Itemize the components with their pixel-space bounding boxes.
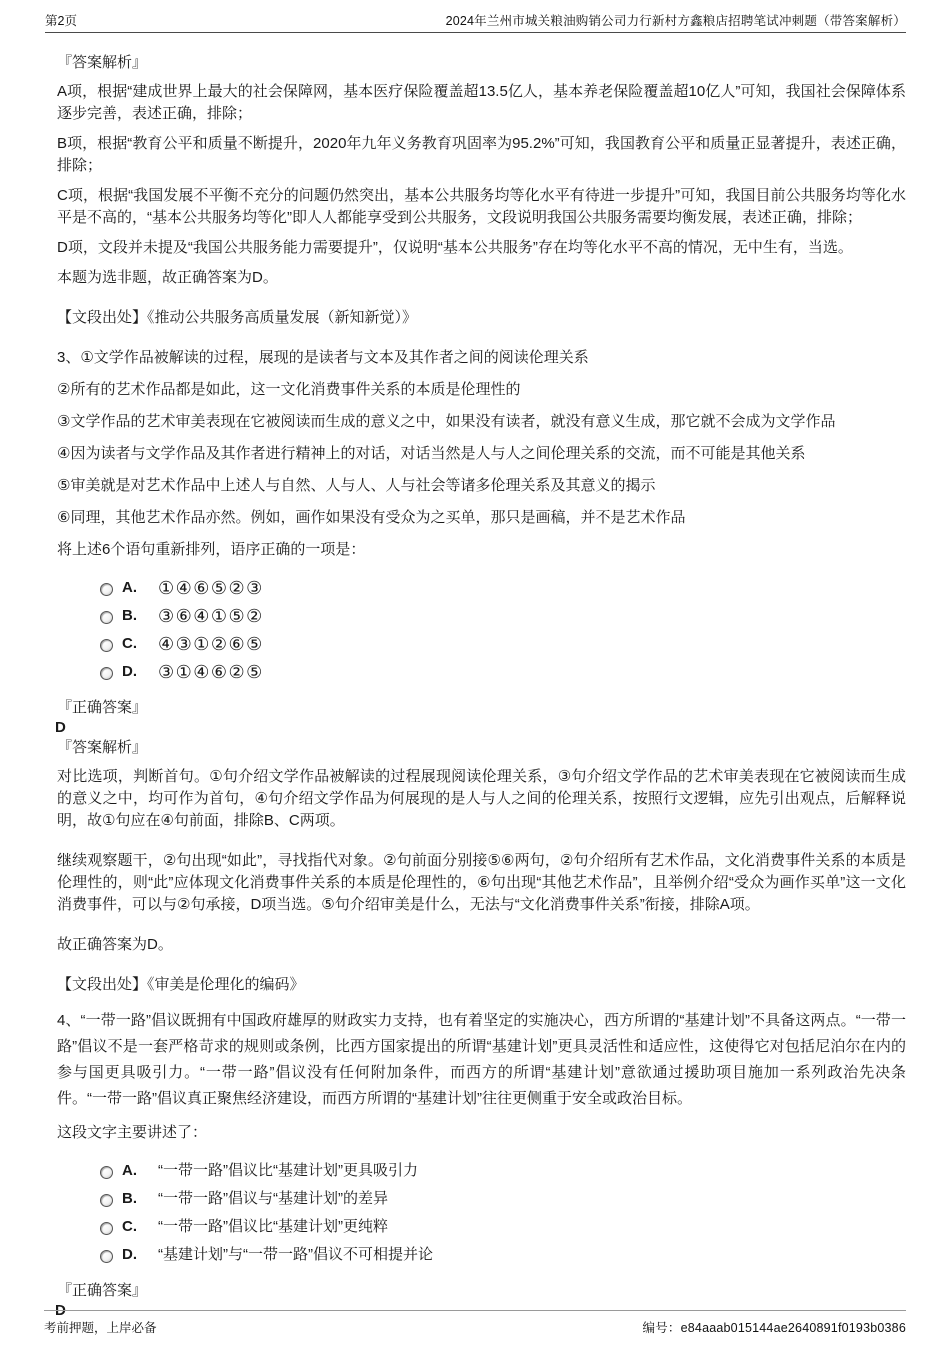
radio-button[interactable] [100,611,113,624]
q3-analysis-paragraph-1: 对比选项，判断首句。①句介绍文学作品被解读的过程展现阅读伦理关系，③句介绍文学作… [57,766,906,832]
q3-analysis-paragraph-2: 继续观察题干，②句出现“如此”，寻找指代对象。②句前面分别接⑤⑥两句，②句介绍所… [57,850,906,916]
option-text: “基建计划”与“一带一路”倡议不可相提并论 [158,1244,433,1266]
option-letter: D. [122,1244,149,1266]
footer-serial-value: e84aaab015144ae2640891f0193b0386 [681,1321,906,1335]
page-header: 第2页 2024年兰州市城关粮油购销公司力行新村方鑫粮店招聘笔试冲刺题（带答案解… [45,0,906,33]
q3-answer-value: D [55,718,906,738]
footer-slogan: 考前押题，上岸必备 [44,1318,157,1336]
q3-option-d[interactable]: D. ③①④⑥②⑤ [57,661,906,683]
q2-analysis-label: 『答案解析』 [57,53,906,73]
q2-analysis-paragraph-b: B项，根据“教育公平和质量不断提升，2020年九年义务教育巩固率为95.2%”可… [57,133,906,177]
q3-answer-label: 『正确答案』 [57,698,906,718]
q2-source-line: 【文段出处】《推动公共服务高质量发展（新知新觉）》 [57,307,906,329]
document-title: 2024年兰州市城关粮油购销公司力行新村方鑫粮店招聘笔试冲刺题（带答案解析） [446,11,906,29]
radio-button[interactable] [100,639,113,652]
q2-analysis-paragraph-c: C项，根据“我国发展不平衡不充分的问题仍然突出，基本公共服务均等化水平有待进一步… [57,185,906,229]
q4-option-b[interactable]: B. “一带一路”倡议与“基建计划”的差异 [57,1188,906,1210]
radio-button[interactable] [100,583,113,596]
q3-option-b[interactable]: B. ③⑥④①⑤② [57,605,906,627]
q3-statement-6: ⑥同理，其他艺术作品亦然。例如，画作如果没有受众为之买单，那只是画稿，并不是艺术… [57,507,906,529]
option-letter: A. [122,577,149,599]
radio-button[interactable] [100,1250,113,1263]
option-text: ④③①②⑥⑤ [158,633,264,655]
option-letter: B. [122,605,149,627]
q3-analysis-label: 『答案解析』 [57,738,906,758]
q3-option-a[interactable]: A. ①④⑥⑤②③ [57,577,906,599]
q4-option-c[interactable]: C. “一带一路”倡议比“基建计划”更纯粹 [57,1216,906,1238]
radio-button[interactable] [100,1194,113,1207]
option-letter: C. [122,633,149,655]
q2-conclusion: 本题为选非题，故正确答案为D。 [57,267,906,289]
q3-statement-2: ②所有的艺术作品都是如此，这一文化消费事件关系的本质是伦理性的 [57,379,906,401]
q4-prompt: 这段文字主要讲述了： [57,1122,906,1144]
q3-statement-5: ⑤审美就是对艺术作品中上述人与自然、人与人、人与社会等诸多伦理关系及其意义的揭示 [57,475,906,497]
q3-answer-block: 『正确答案』 D 『答案解析』 [57,698,906,758]
q3-statement-4: ④因为读者与文学作品及其作者进行精神上的对话，对话当然是人与人之间伦理关系的交流… [57,443,906,465]
radio-button[interactable] [100,1222,113,1235]
q3-conclusion: 故正确答案为D。 [57,934,906,956]
option-letter: C. [122,1216,149,1238]
q4-option-d[interactable]: D. “基建计划”与“一带一路”倡议不可相提并论 [57,1244,906,1266]
option-letter: D. [122,661,149,683]
option-text: ③①④⑥②⑤ [158,661,264,683]
q3-statement-3: ③文学作品的艺术审美表现在它被阅读而生成的意义之中，如果没有读者，就没有意义生成… [57,411,906,433]
option-text: ③⑥④①⑤② [158,605,264,627]
q3-prompt: 将上述6个语句重新排列，语序正确的一项是： [57,539,906,561]
q3-options: A. ①④⑥⑤②③ B. ③⑥④①⑤② C. ④③①②⑥⑤ D. ③①④⑥②⑤ [57,577,906,683]
radio-button[interactable] [100,1166,113,1179]
q3-option-c[interactable]: C. ④③①②⑥⑤ [57,633,906,655]
option-text: “一带一路”倡议比“基建计划”更具吸引力 [158,1160,418,1182]
document-page: 第2页 2024年兰州市城关粮油购销公司力行新村方鑫粮店招聘笔试冲刺题（带答案解… [0,0,950,1345]
option-letter: A. [122,1160,149,1182]
radio-button[interactable] [100,667,113,680]
option-letter: B. [122,1188,149,1210]
q4-passage: 4、“一带一路”倡议既拥有中国政府雄厚的财政实力支持，也有着坚定的实施决心，西方… [57,1008,906,1112]
footer-serial-label: 编号： [643,1321,681,1335]
q4-options: A. “一带一路”倡议比“基建计划”更具吸引力 B. “一带一路”倡议与“基建计… [57,1160,906,1266]
option-text: “一带一路”倡议比“基建计划”更纯粹 [158,1216,388,1238]
q4-answer-label: 『正确答案』 [57,1281,906,1301]
footer-serial: 编号：e84aaab015144ae2640891f0193b0386 [643,1318,907,1336]
page-number: 第2页 [45,11,77,29]
page-footer: 考前押题，上岸必备 编号：e84aaab015144ae2640891f0193… [44,1310,906,1336]
q2-analysis-paragraph-a: A项，根据“建成世界上最大的社会保障网，基本医疗保险覆盖超13.5亿人，基本养老… [57,81,906,125]
q2-analysis-paragraph-d: D项，文段并未提及“我国公共服务能力需要提升”，仅说明“基本公共服务”存在均等化… [57,237,906,259]
option-text: “一带一路”倡议与“基建计划”的差异 [158,1188,388,1210]
option-text: ①④⑥⑤②③ [158,577,264,599]
q3-source-line: 【文段出处】《审美是伦理化的编码》 [57,974,906,996]
q3-statement-1: 3、①文学作品被解读的过程，展现的是读者与文本及其作者之间的阅读伦理关系 [57,347,906,369]
page-content: 『答案解析』 A项，根据“建成世界上最大的社会保障网，基本医疗保险覆盖超13.5… [0,33,950,1321]
q4-option-a[interactable]: A. “一带一路”倡议比“基建计划”更具吸引力 [57,1160,906,1182]
